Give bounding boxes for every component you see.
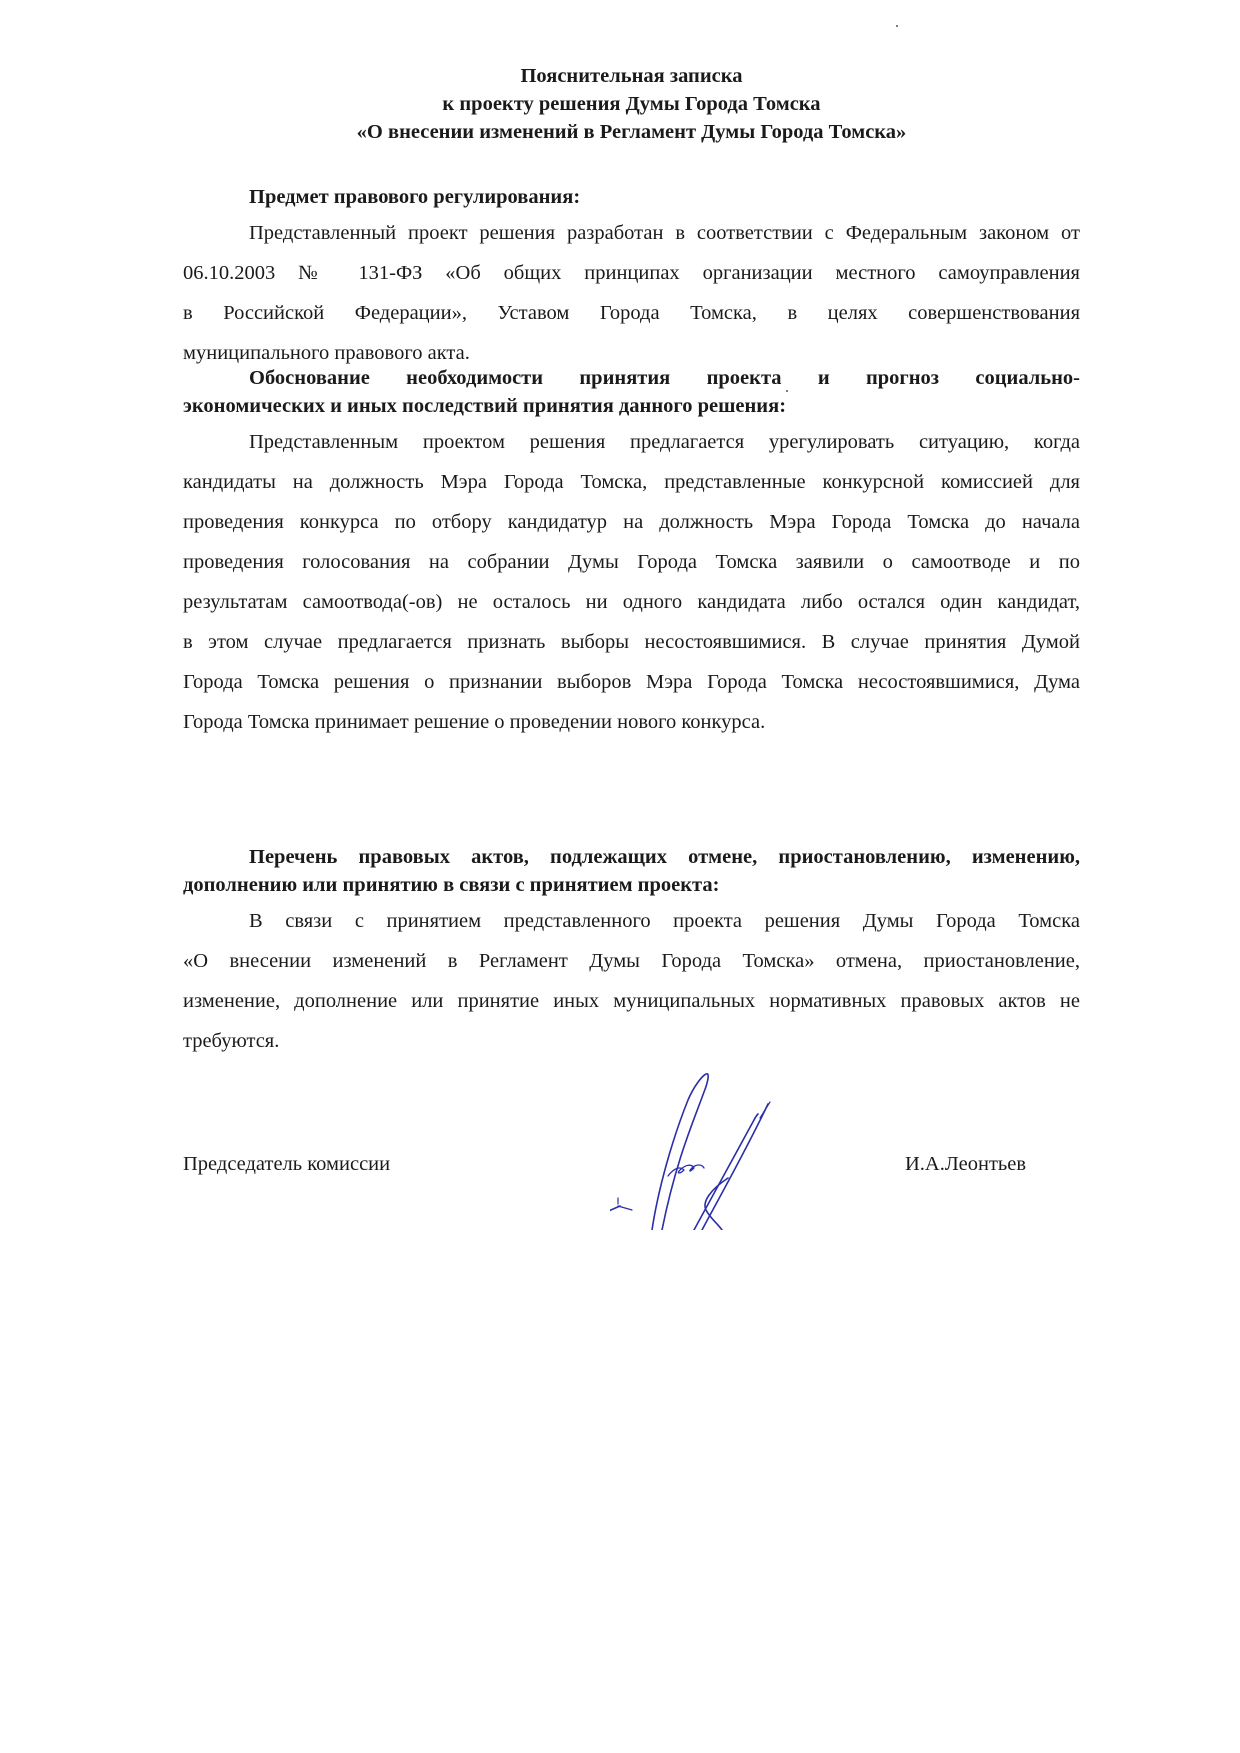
body-line: в Российской Федерации», Уставом Города … xyxy=(183,293,1080,333)
body-line: требуются. xyxy=(183,1021,1080,1061)
scan-speck xyxy=(786,390,788,392)
signatory-position: Председатель комиссии xyxy=(183,1150,390,1178)
section-legal-acts-list: Перечень правовых актов, подлежащих отме… xyxy=(183,843,1080,1061)
scan-speck xyxy=(896,25,898,27)
body-line: результатам самоотвода(-ов) не осталось … xyxy=(183,582,1080,622)
section-heading: Перечень правовых актов, подлежащих отме… xyxy=(183,843,1080,871)
section-justification: Обоснование необходимости принятия проек… xyxy=(183,364,1080,742)
body-line: Представленным проектом решения предлага… xyxy=(183,422,1080,462)
title-line-2: к проекту решения Думы Города Томска xyxy=(183,90,1080,118)
section-subject-of-regulation: Предмет правового регулирования: Предста… xyxy=(183,183,1080,373)
body-line: Представленный проект решения разработан… xyxy=(183,213,1080,253)
body-line: 06.10.2003 № 131-ФЗ «Об общих принципах … xyxy=(183,253,1080,293)
signatory-name: И.А.Леонтьев xyxy=(905,1150,1026,1178)
section-heading: дополнению или принятию в связи с принят… xyxy=(183,871,1080,899)
body-line: Города Томска принимает решение о провед… xyxy=(183,702,1080,742)
body-line: В связи с принятием представленного прое… xyxy=(183,901,1080,941)
title-line-1: Пояснительная записка xyxy=(183,62,1080,90)
body-line: Города Томска решения о признании выборо… xyxy=(183,662,1080,702)
section-heading: экономических и иных последствий приняти… xyxy=(183,392,1080,420)
handwritten-signature xyxy=(610,1070,870,1230)
body-line: изменение, дополнение или принятие иных … xyxy=(183,981,1080,1021)
body-line: кандидаты на должность Мэра Города Томск… xyxy=(183,462,1080,502)
section-heading: Предмет правового регулирования: xyxy=(183,183,1080,211)
body-line: проведения голосования на собрании Думы … xyxy=(183,542,1080,582)
body-line: в этом случае предлагается признать выбо… xyxy=(183,622,1080,662)
section-heading: Обоснование необходимости принятия проек… xyxy=(183,364,1080,392)
body-line: «О внесении изменений в Регламент Думы Г… xyxy=(183,941,1080,981)
body-line: проведения конкурса по отбору кандидатур… xyxy=(183,502,1080,542)
document-page: Пояснительная записка к проекту решения … xyxy=(0,0,1240,1753)
document-title: Пояснительная записка к проекту решения … xyxy=(183,62,1080,146)
title-line-3: «О внесении изменений в Регламент Думы Г… xyxy=(183,118,1080,146)
